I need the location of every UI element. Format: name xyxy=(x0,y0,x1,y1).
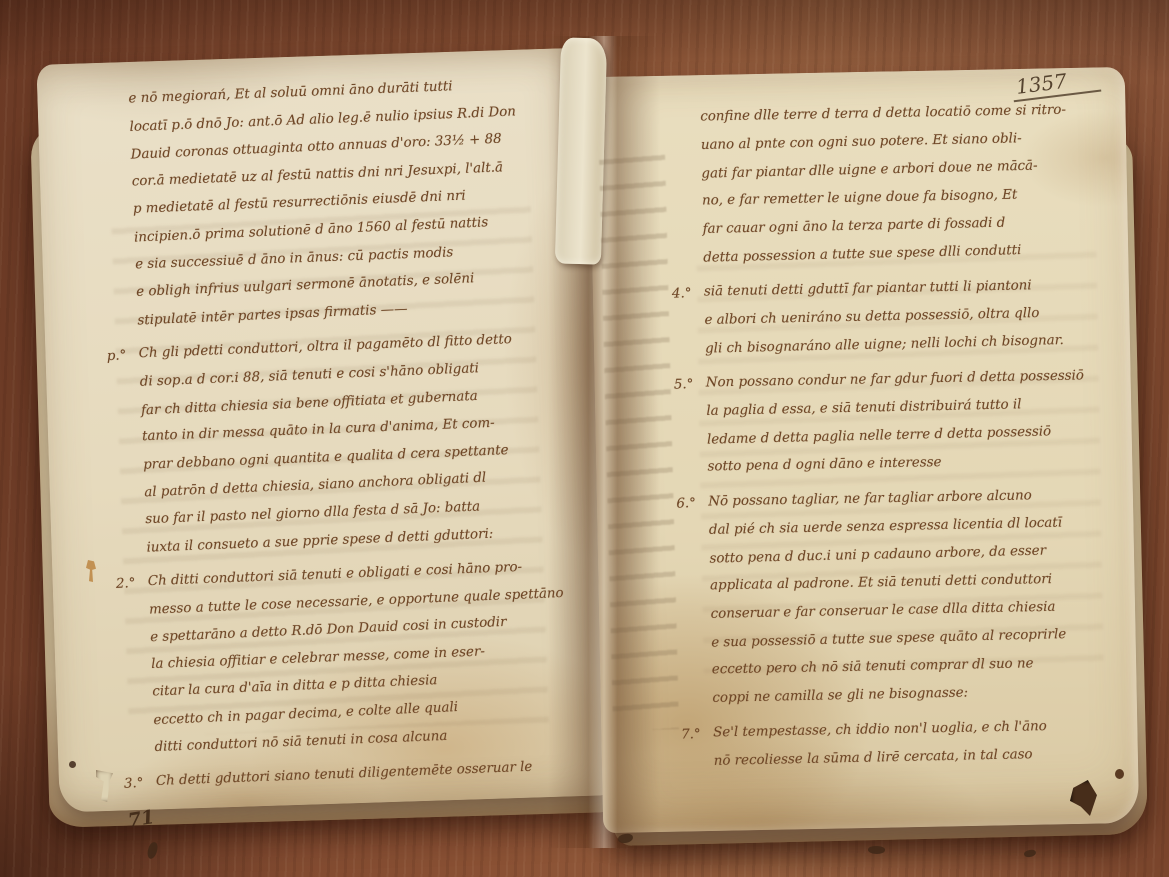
edge-ink-mark: 71 xyxy=(126,806,156,832)
left-page-text: e nō megiorań, Et al soluū omni āno durā… xyxy=(128,68,604,796)
ink-blot xyxy=(868,845,886,854)
worm-dot-right-page xyxy=(1115,769,1124,779)
right-page-section-5: 5.° Non possano condur ne far gdur fuori… xyxy=(706,361,1150,482)
section-number: 5.° xyxy=(674,371,694,399)
right-page-intro-paragraph: confine dlle terre d terra d detta locat… xyxy=(700,95,1145,272)
section-number: p.° xyxy=(106,343,127,371)
section-body: Ch ditti conduttori siā tenuti e obligat… xyxy=(147,551,602,762)
right-page-section-4: 4.° siā tenuti detti gduttī far piantar … xyxy=(704,270,1148,363)
section-body: Nō possano tagliar, ne far tagliar arbor… xyxy=(708,480,1155,713)
section-body: Se'l tempestasse, ch iddio non'l uoglia,… xyxy=(713,711,1156,776)
section-number: 4.° xyxy=(672,280,692,308)
worm-dot-left-page xyxy=(69,761,76,768)
left-page-intro-paragraph: e nō megiorań, Et al soluū omni āno durā… xyxy=(128,68,586,334)
section-body: Ch gli pdetti conduttori, oltra il pagam… xyxy=(138,323,594,562)
section-number: 3.° xyxy=(123,770,144,798)
right-page-section-7: 7.° Se'l tempestasse, ch iddio non'l uog… xyxy=(713,711,1156,776)
section-number: 7.° xyxy=(681,721,701,749)
section-body: Non possano condur ne far gdur fuori d d… xyxy=(706,361,1150,482)
right-page-section-6: 6.° Nō possano tagliar, ne far tagliar a… xyxy=(708,480,1155,713)
right-page-text: confine dlle terre d terra d detta locat… xyxy=(700,95,1156,776)
ink-blot xyxy=(146,841,158,859)
section-body: siā tenuti detti gduttī far piantar tutt… xyxy=(704,270,1148,363)
section-number: 6.° xyxy=(676,490,696,518)
left-page-section-1: p.° Ch gli pdetti conduttori, oltra il p… xyxy=(138,323,594,562)
manuscript-photograph: 1357 e nō megiorań, Et al soluū omni āno… xyxy=(0,0,1169,877)
section-number: 2.° xyxy=(115,570,136,598)
ink-blot xyxy=(1024,849,1037,858)
left-page-section-2: 2.° Ch ditti conduttori siā tenuti e obl… xyxy=(147,551,602,762)
